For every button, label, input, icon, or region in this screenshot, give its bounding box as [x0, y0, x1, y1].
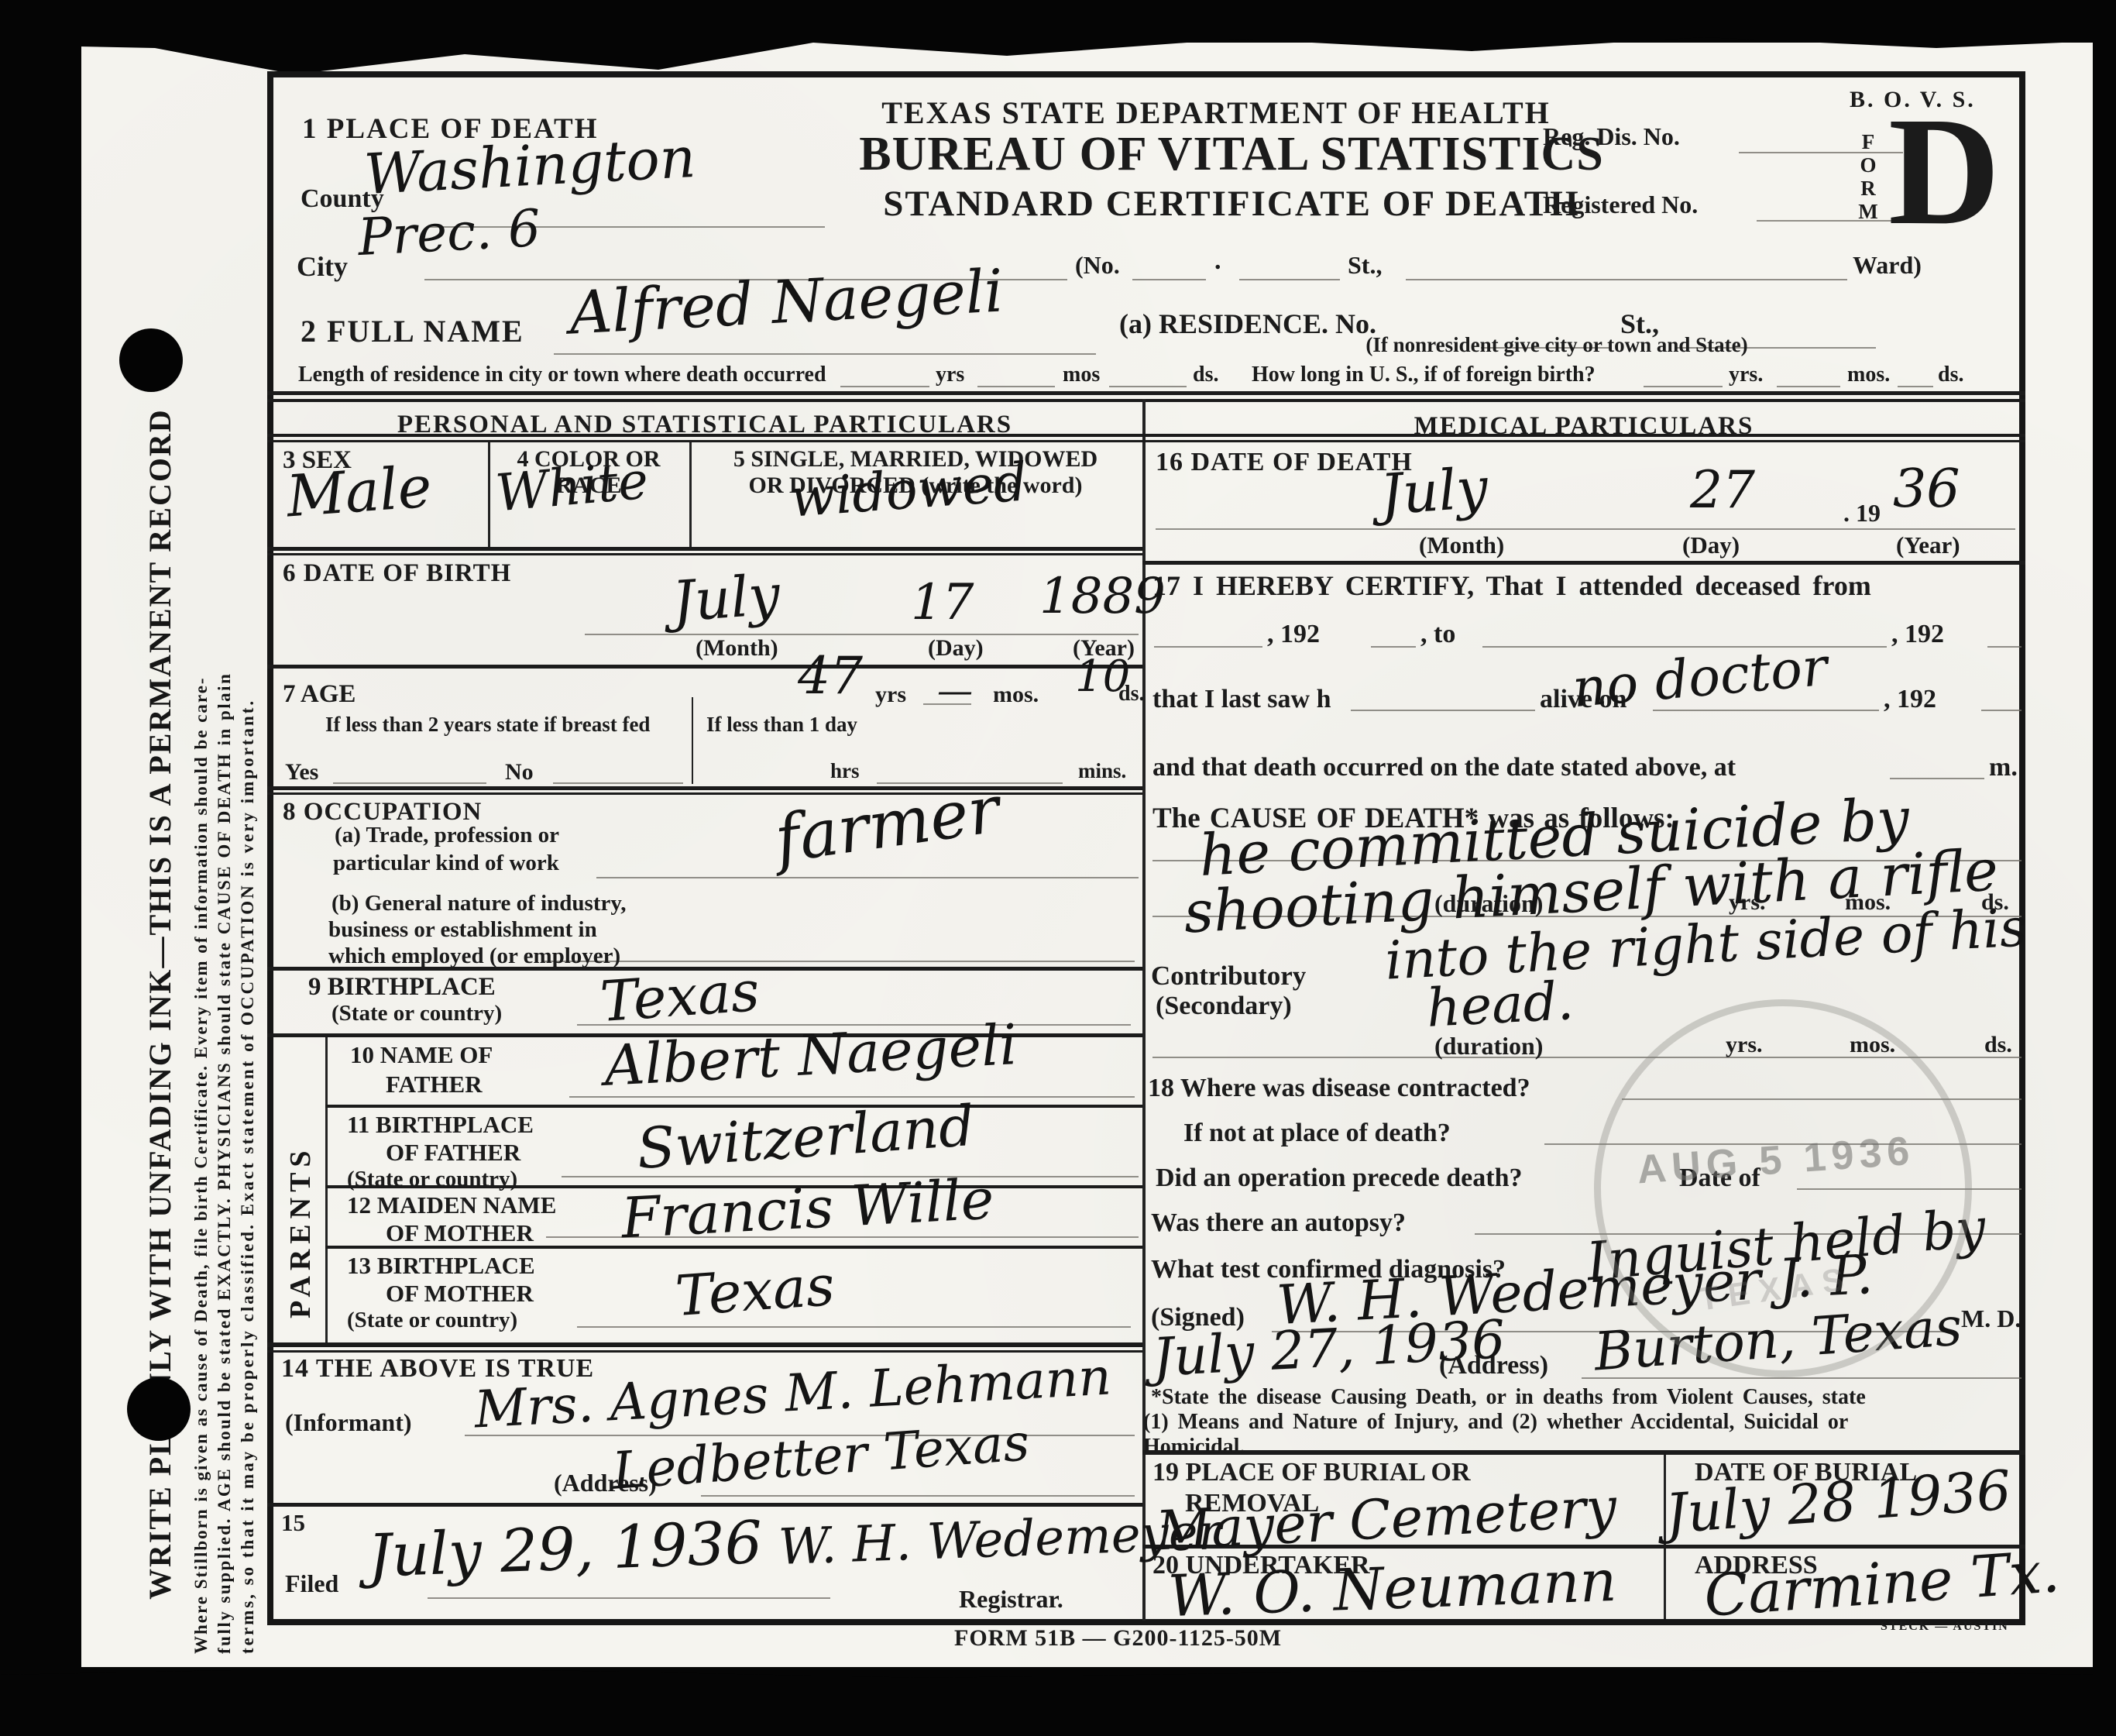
length-residence-label: Length of residence in city or town wher…: [298, 364, 826, 386]
scan-edge-right: [2093, 0, 2116, 1736]
occupation-label: 8 OCCUPATION: [283, 799, 482, 825]
age-yrs-value: 47: [798, 651, 863, 702]
dob-month-value: July: [671, 566, 782, 630]
city-dot: .: [1214, 248, 1221, 274]
date-of-death-label: 16 DATE OF DEATH: [1156, 449, 1413, 476]
registrar-label: Registrar.: [959, 1586, 1063, 1611]
city-value: Prec. 6: [356, 203, 541, 263]
death-day-value: 27: [1690, 465, 1755, 516]
mother-maiden-label-2: OF MOTHER: [386, 1221, 534, 1245]
mother-birthplace-label-1: 13 BIRTHPLACE: [347, 1253, 535, 1277]
certify-statement: 17 I HEREBY CERTIFY, That I attended dec…: [1152, 572, 1871, 600]
occupation-a-line2: particular kind of work: [333, 852, 559, 875]
county-value: Washington: [362, 129, 696, 202]
margin-note-line2: fully supplied. AGE should be stated EXA…: [215, 672, 235, 1654]
occupation-b-line3: which employed (or employer): [328, 945, 620, 968]
footnote-line1: *State the disease Causing Death, or in …: [1151, 1387, 1866, 1408]
filed-date-value: July 29, 1936: [367, 1513, 764, 1586]
contributory-label: Contributory: [1151, 962, 1306, 989]
age-mos-dash: —: [937, 672, 973, 708]
reg-dis-no-label: Reg. Dis. No.: [1543, 124, 1680, 149]
form-letter-d: D: [1888, 95, 2000, 249]
length-mos: mos: [1063, 364, 1100, 386]
margin-note-line3: terms, so that it may be properly classi…: [238, 699, 258, 1654]
form-number: FORM 51B — G200-1125-50M: [954, 1627, 1282, 1650]
disease-contracted-question: 18 Where was disease contracted?: [1148, 1075, 1530, 1102]
age-label: 7 AGE: [283, 682, 356, 707]
md-label: M. D.: [1961, 1306, 2021, 1331]
nonresident-note: (If nonresident give city or town and St…: [1208, 335, 1905, 356]
occupation-b-line2: business or establishment in: [328, 919, 597, 941]
breast-no-label: No: [505, 761, 534, 784]
duration2-ds: ds.: [1984, 1033, 2012, 1057]
city-ward-label: Ward): [1853, 253, 1922, 277]
death-month-value: July: [1379, 459, 1490, 523]
footnote-line3: Homicidal.: [1143, 1436, 1245, 1458]
hole-punch-top: [119, 328, 183, 392]
city-label: City: [297, 253, 348, 280]
mother-maiden-label-1: 12 MAIDEN NAME: [347, 1193, 556, 1217]
city-no-label: (No.: [1075, 253, 1120, 277]
informant-label: (Informant): [285, 1410, 412, 1435]
medical-section-title: MEDICAL PARTICULARS: [1142, 414, 2025, 439]
not-at-place-question: If not at place of death?: [1183, 1120, 1451, 1146]
father-name-label-2: FATHER: [386, 1072, 483, 1096]
age-ds-value: 10: [1075, 655, 1130, 699]
full-name-label: 2 FULL NAME: [301, 316, 524, 347]
mother-birthplace-label-3: (State or country): [347, 1309, 517, 1332]
residence-label: (a) RESIDENCE. No.: [1119, 310, 1376, 338]
death-year-printed: . 19: [1843, 500, 1881, 525]
dob-day-value: 17: [911, 578, 974, 627]
occupation-a-line1: (a) Trade, profession or: [335, 824, 559, 847]
death-month-caption: (Month): [1419, 533, 1504, 557]
mother-birthplace-label-2: OF MOTHER: [386, 1281, 534, 1305]
operation-question: Did an operation precede death?: [1156, 1165, 1522, 1191]
mother-birthplace-value: Texas: [674, 1257, 836, 1324]
birthplace-state-caption: (State or country): [331, 1002, 502, 1025]
secondary-label: (Secondary): [1156, 993, 1292, 1019]
age-yrs-label: yrs: [875, 683, 906, 706]
m-label: m.: [1989, 755, 2018, 781]
less-than-day-note: If less than 1 day: [706, 714, 857, 735]
personal-section-title: PERSONAL AND STATISTICAL PARTICULARS: [267, 412, 1142, 438]
death-day-caption: (Day): [1682, 533, 1740, 557]
printer-mark: STECK — AUSTIN: [1881, 1621, 2009, 1633]
death-year-value: 36: [1893, 463, 1960, 516]
mins-label: mins.: [1078, 761, 1126, 782]
form-word-vertical: FORM: [1856, 130, 1880, 254]
contributory-value-line2: head.: [1425, 975, 1575, 1036]
hole-punch-bottom: [127, 1377, 191, 1441]
certify-192-b: , 192: [1891, 621, 1944, 648]
father-birthplace-label-2: OF FATHER: [386, 1140, 520, 1164]
last-saw-label: that I last saw h: [1152, 686, 1331, 713]
race-value: White: [493, 455, 650, 520]
us-ds: ds.: [1938, 364, 1963, 386]
filed-label: Filed: [285, 1571, 338, 1596]
death-year-caption: (Year): [1896, 533, 1960, 557]
margin-note-line1: Where Stillborn is given as cause of Dea…: [191, 676, 211, 1654]
certify-192-a: , 192: [1267, 621, 1320, 648]
dob-label: 6 DATE OF BIRTH: [283, 561, 511, 586]
birthplace-value: Texas: [599, 963, 761, 1030]
occupation-b-line1: (b) General nature of industry,: [331, 892, 627, 915]
undertaker-value: W. O. Neumann: [1167, 1552, 1618, 1625]
length-ds: ds.: [1193, 364, 1218, 386]
autopsy-question: Was there an autopsy?: [1151, 1210, 1406, 1236]
father-birthplace-label-3: (State or country): [347, 1168, 517, 1191]
breast-yes-label: Yes: [285, 761, 318, 784]
father-birthplace-label-1: 11 BIRTHPLACE: [347, 1112, 534, 1136]
certify-192-c: , 192: [1884, 686, 1936, 713]
parents-vertical-label: PARENTS: [283, 1145, 318, 1318]
death-occurred-label: and that death occurred on the date stat…: [1152, 755, 1736, 781]
dob-day-caption: (Day): [928, 637, 984, 660]
birthplace-label: 9 BIRTHPLACE: [308, 975, 496, 1000]
hrs-label: hrs: [830, 761, 860, 782]
sex-value: Male: [285, 459, 434, 526]
age-mos-label: mos.: [993, 683, 1039, 706]
length-yrs: yrs: [936, 364, 964, 386]
father-name-label-1: 10 NAME OF: [350, 1043, 493, 1067]
city-st-label: St.,: [1348, 253, 1382, 277]
us-mos: mos.: [1847, 364, 1890, 386]
filed-number: 15: [281, 1511, 305, 1535]
dob-month-caption: (Month): [696, 637, 778, 660]
dob-year-value: 1889: [1039, 572, 1166, 621]
registered-no-label: Registered No.: [1543, 192, 1698, 217]
burial-label-1: 19 PLACE OF BURIAL OR: [1152, 1459, 1471, 1486]
footnote-line2: (1) Means and Nature of Injury, and (2) …: [1143, 1411, 1848, 1433]
scanned-death-certificate: WRITE PLAINLY WITH UNFADING INK—THIS IS …: [0, 0, 2116, 1736]
certify-to: , to: [1420, 621, 1455, 648]
scan-edge-bottom: [0, 1667, 2116, 1736]
how-long-us-label: How long in U. S., if of foreign birth?: [1252, 364, 1596, 386]
marital-value: widowed: [788, 456, 1029, 525]
us-yrs: yrs.: [1729, 364, 1763, 386]
breast-fed-note: If less than 2 years state if breast fed: [325, 714, 650, 735]
scan-edge-left: [0, 0, 81, 1736]
